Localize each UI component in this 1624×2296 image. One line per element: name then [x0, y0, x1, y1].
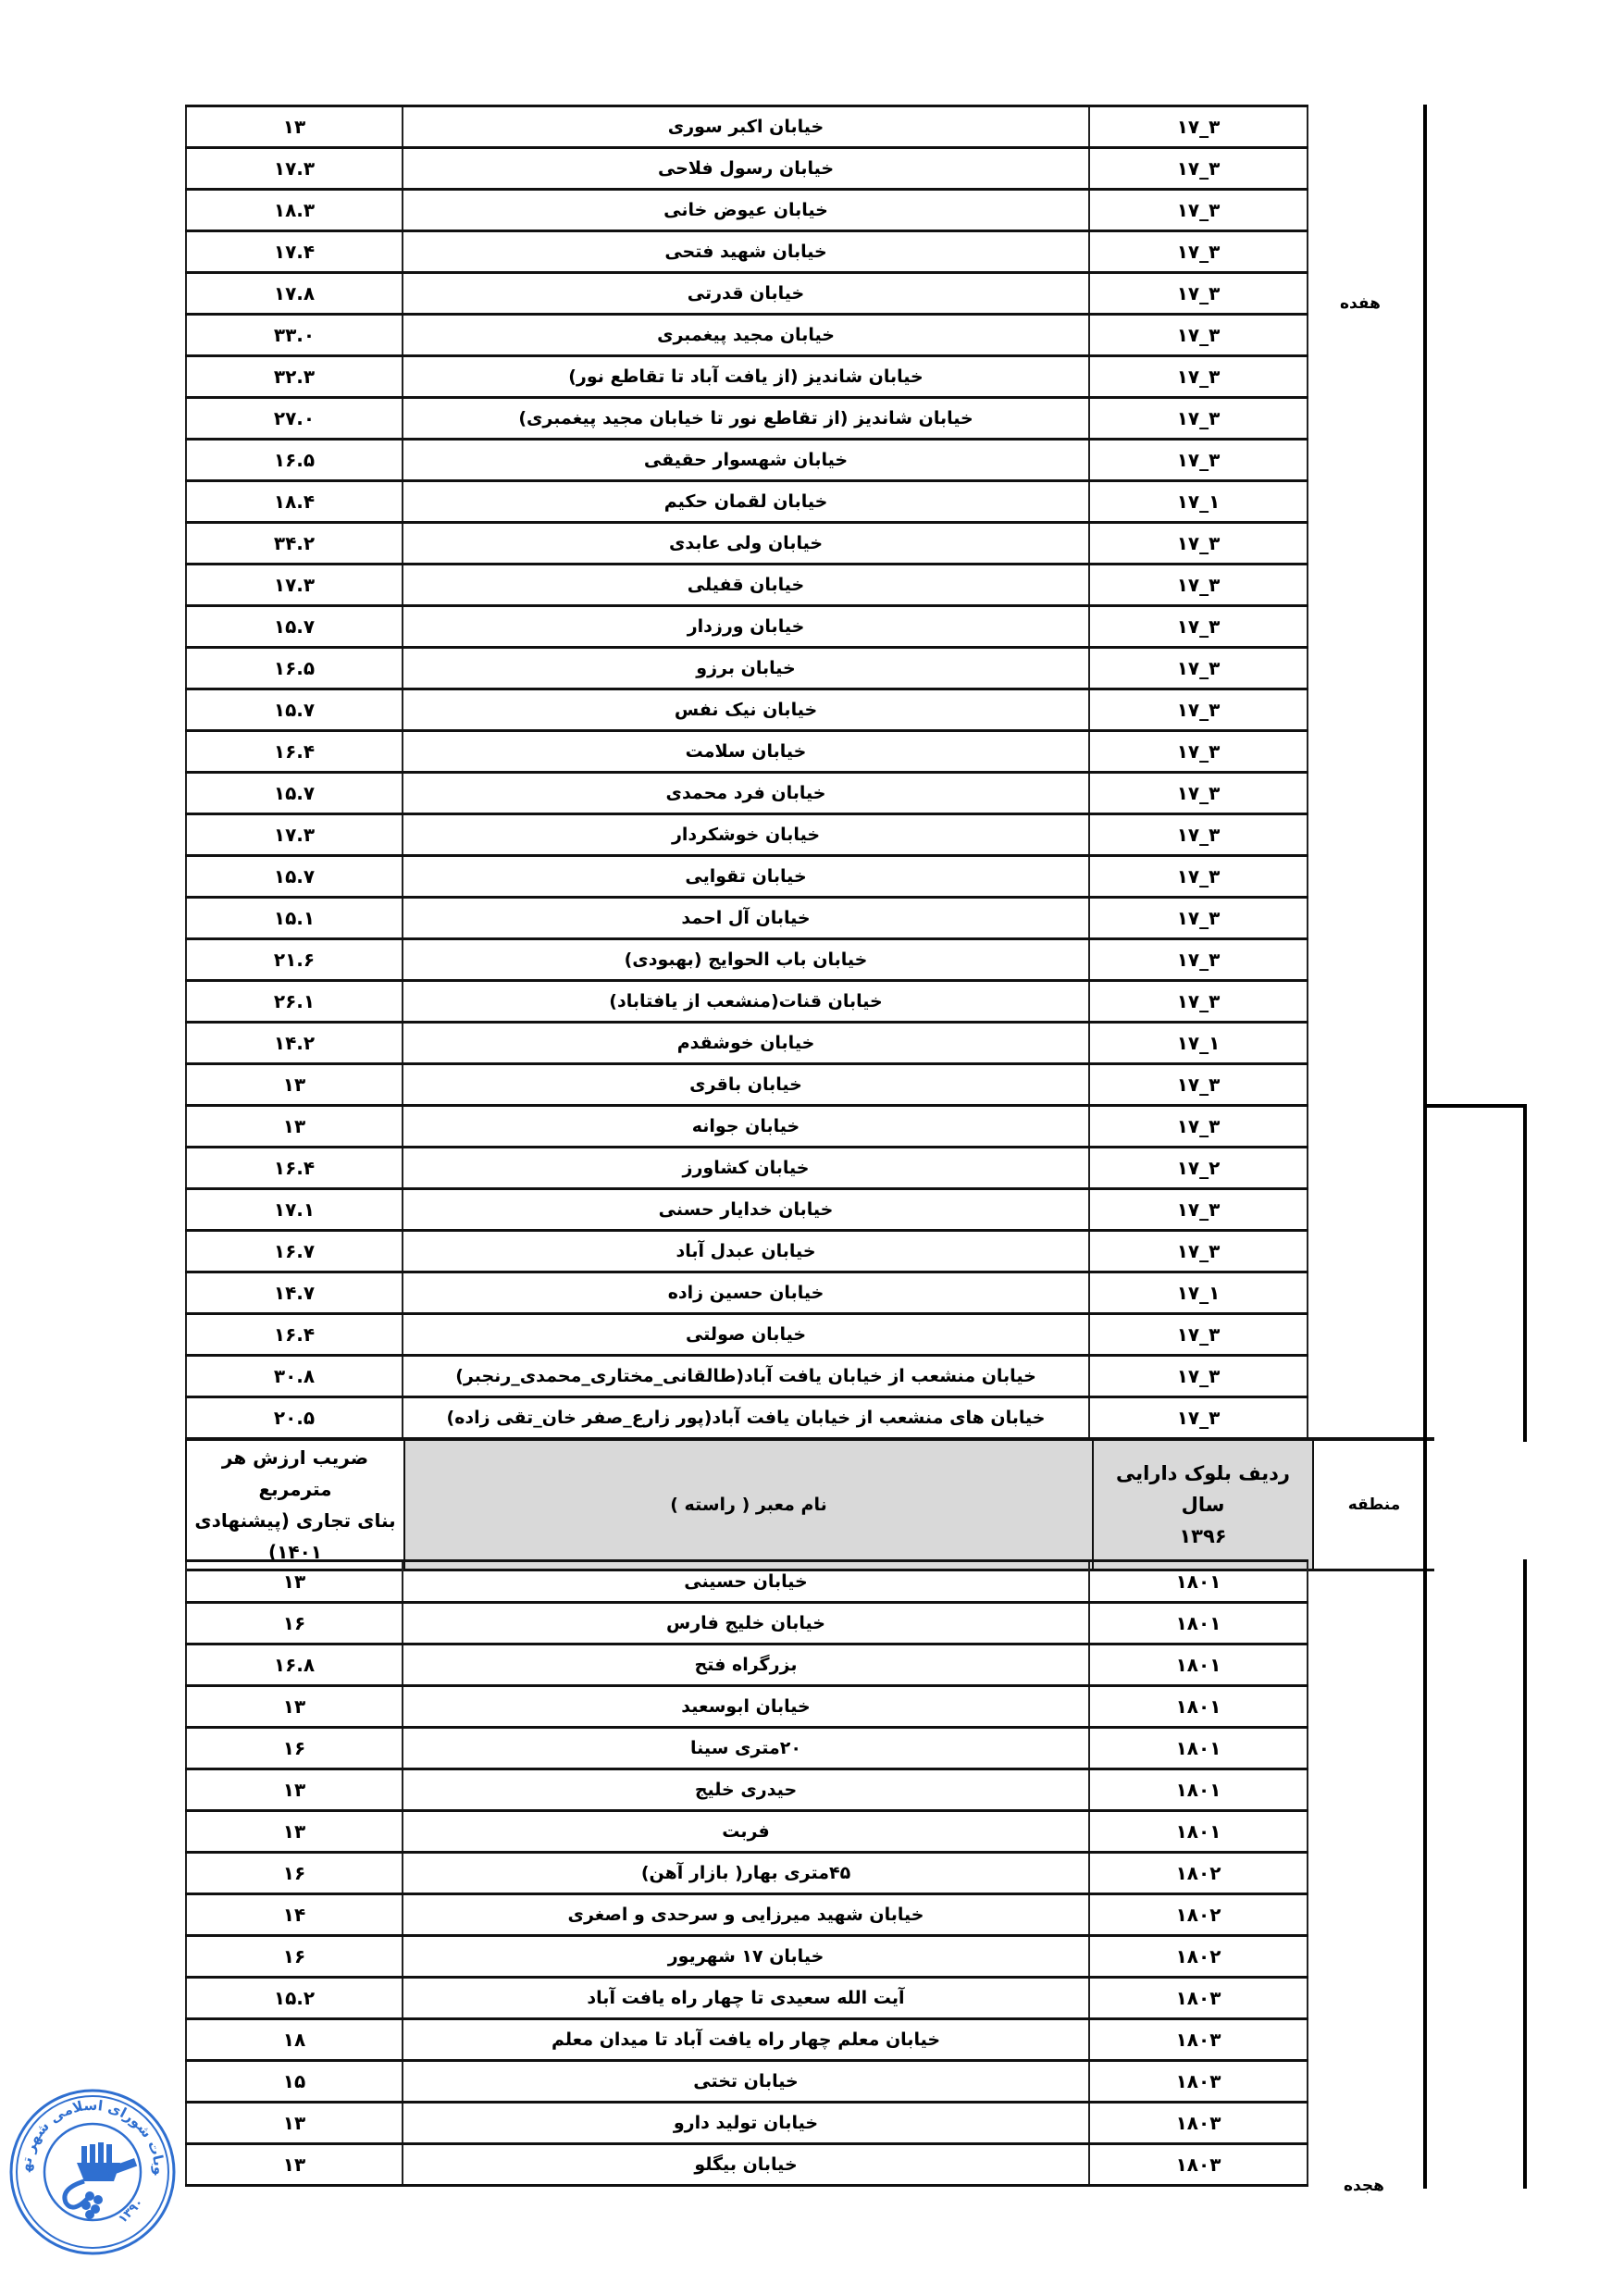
- street-name-cell: خیابان آل احمد: [403, 898, 1089, 939]
- value-cell: ۱۶.۵: [186, 648, 403, 689]
- block-code-cell: ۱۷_۳: [1089, 523, 1308, 565]
- block-code-cell: ۱۸۰۱: [1089, 1769, 1308, 1811]
- header-value-column: ضریب ارزش هر مترمربع بنای تجاری (پیشنهاد…: [186, 1439, 404, 1570]
- street-name-cell: خیابان قدرتی: [403, 273, 1089, 315]
- table-row: ۱۶.۴خیابان کشاورز۱۷_۲: [186, 1148, 1308, 1189]
- street-name-cell: خیابان تولید دارو: [403, 2103, 1089, 2144]
- value-cell: ۱۴.۲: [186, 1023, 403, 1064]
- table-row: ۱۴خیابان شهید میرزایی و سرحدی و اصغری۱۸۰…: [186, 1894, 1308, 1936]
- street-name-cell: خیابان شهید فتحی: [403, 231, 1089, 273]
- street-name-cell: خیابان تختی: [403, 2061, 1089, 2103]
- street-name-cell: آیت الله سعیدی تا چهار راه یافت آباد: [403, 1978, 1089, 2019]
- street-name-cell: حیدری خلیج: [403, 1769, 1089, 1811]
- block-code-cell: ۱۷_۳: [1089, 398, 1308, 440]
- block-code-cell: ۱۷_۳: [1089, 1106, 1308, 1148]
- table-row: ۱۶.۴خیابان صولتی۱۷_۳: [186, 1314, 1308, 1356]
- table-row: ۱۵.۷خیابان ورزدار۱۷_۳: [186, 606, 1308, 648]
- street-name-cell: خیابان منشعب از خیابان یافت آباد(طالقانی…: [403, 1356, 1089, 1397]
- table-row: ۳۴.۲خیابان ولی عابدی۱۷_۳: [186, 523, 1308, 565]
- block-code-cell: ۱۸۰۱: [1089, 1644, 1308, 1686]
- block-code-cell: ۱۸۰۲: [1089, 1936, 1308, 1978]
- value-cell: ۲۱.۶: [186, 939, 403, 981]
- street-name-cell: خیابان شاندیز (از یافت آباد تا تقاطع نور…: [403, 356, 1089, 398]
- table-row: ۱۵.۷خیابان نیک نفس۱۷_۳: [186, 689, 1308, 731]
- street-name-cell: خیابان شهید میرزایی و سرحدی و اصغری: [403, 1894, 1089, 1936]
- table-row: ۱۶خیابان ۱۷ شهریور۱۸۰۲: [186, 1936, 1308, 1978]
- block-code-cell: ۱۸۰۱: [1089, 1728, 1308, 1769]
- table-row: ۱۳حیدری خلیج۱۸۰۱: [186, 1769, 1308, 1811]
- value-cell: ۲۶.۱: [186, 981, 403, 1023]
- block-code-cell: ۱۷_۳: [1089, 1064, 1308, 1106]
- street-name-cell: خیابان قنات(منشعب از یافتاباد): [403, 981, 1089, 1023]
- street-name-cell: خیابان خدایار حسنی: [403, 1189, 1089, 1231]
- value-cell: ۱۸.۴: [186, 481, 403, 523]
- value-cell: ۳۲.۳: [186, 356, 403, 398]
- street-name-cell: بزرگراه فتح: [403, 1644, 1089, 1686]
- connector-line: [1425, 1104, 1527, 1108]
- value-cell: ۱۳: [186, 1811, 403, 1853]
- street-name-cell: خیابان خوشکردار: [403, 814, 1089, 856]
- block-code-cell: ۱۷_۳: [1089, 898, 1308, 939]
- street-name-cell: خیابان خوشقدم: [403, 1023, 1089, 1064]
- table-row: ۱۶۴۵متری بهار( بازار آهن)۱۸۰۲: [186, 1853, 1308, 1894]
- table-row: ۱۸.۳خیابان عیوض خانی۱۷_۳: [186, 190, 1308, 231]
- block-code-cell: ۱۷_۳: [1089, 273, 1308, 315]
- table-row: ۱۷.۳خیابان رسول فلاحی۱۷_۳: [186, 148, 1308, 190]
- street-name-cell: خیابان تقوایی: [403, 856, 1089, 898]
- table-row: ۲۱.۶خیابان باب الحوایج (بهبودی)۱۷_۳: [186, 939, 1308, 981]
- table-row: ۲۰.۵خیابان های منشعب از خیابان یافت آباد…: [186, 1397, 1308, 1439]
- block-code-cell: ۱۷_۳: [1089, 356, 1308, 398]
- value-cell: ۱۷.۳: [186, 814, 403, 856]
- block-code-cell: ۱۸۰۳: [1089, 2103, 1308, 2144]
- value-cell: ۱۵.۷: [186, 606, 403, 648]
- table-row: ۳۳.۰خیابان مجید پیغمبری۱۷_۳: [186, 315, 1308, 356]
- block-code-cell: ۱۸۰۳: [1089, 2144, 1308, 2186]
- block-code-cell: ۱۷_۳: [1089, 939, 1308, 981]
- block-code-cell: ۱۷_۳: [1089, 814, 1308, 856]
- value-cell: ۱۶.۷: [186, 1231, 403, 1272]
- table-row: ۱۸.۴خیابان لقمان حکیم۱۷_۱: [186, 481, 1308, 523]
- table-row: ۱۷.۳خیابان خوشکردار۱۷_۳: [186, 814, 1308, 856]
- street-name-cell: خیابان های منشعب از خیابان یافت آباد(پور…: [403, 1397, 1089, 1439]
- value-cell: ۱۳: [186, 1106, 403, 1148]
- outer-border-line-top: [1423, 105, 1427, 1439]
- table-row: ۱۳خیابان اکبر سوری۱۷_۳: [186, 106, 1308, 148]
- value-cell: ۱۳: [186, 2103, 403, 2144]
- table-row: ۱۵.۱خیابان آل احمد۱۷_۳: [186, 898, 1308, 939]
- block-code-cell: ۱۷_۳: [1089, 648, 1308, 689]
- table-row: ۱۶.۵خیابان برزو۱۷_۳: [186, 648, 1308, 689]
- value-cell: ۱۷.۳: [186, 148, 403, 190]
- table-row: ۱۷.۳خیابان قفیلی۱۷_۳: [186, 565, 1308, 606]
- value-cell: ۱۶.۸: [186, 1644, 403, 1686]
- value-cell: ۱۵.۷: [186, 773, 403, 814]
- table-row: ۲۶.۱خیابان قنات(منشعب از یافتاباد)۱۷_۳: [186, 981, 1308, 1023]
- official-stamp-icon: مصوبات شورای اسلامی شهر تهران ۱۳۹۰: [5, 2078, 180, 2267]
- table-row: ۲۷.۰خیابان شاندیز (از تقاطع نور تا خیابا…: [186, 398, 1308, 440]
- block-code-cell: ۱۸۰۳: [1089, 2019, 1308, 2061]
- street-name-cell: خیابان باب الحوایج (بهبودی): [403, 939, 1089, 981]
- street-name-cell: خیابان ۱۷ شهریور: [403, 1936, 1089, 1978]
- secondary-border-line-bottom: [1523, 1559, 1527, 2189]
- value-cell: ۱۷.۳: [186, 565, 403, 606]
- block-code-cell: ۱۷_۱: [1089, 1023, 1308, 1064]
- street-name-cell: خیابان رسول فلاحی: [403, 148, 1089, 190]
- value-cell: ۳۴.۲: [186, 523, 403, 565]
- block-code-cell: ۱۷_۳: [1089, 606, 1308, 648]
- street-name-cell: خیابان حسین زاده: [403, 1272, 1089, 1314]
- stamp-year: ۱۳۹۰: [116, 2196, 146, 2227]
- outer-border-line-bottom: [1423, 1439, 1427, 2189]
- street-name-cell: ۴۵متری بهار( بازار آهن): [403, 1853, 1089, 1894]
- block-code-cell: ۱۸۰۳: [1089, 1978, 1308, 2019]
- block-code-cell: ۱۷_۳: [1089, 1356, 1308, 1397]
- table-row: ۱۵.۲آیت الله سعیدی تا چهار راه یافت آباد…: [186, 1978, 1308, 2019]
- value-cell: ۱۶.۴: [186, 1148, 403, 1189]
- table-row: ۱۳خیابان حسینی۱۸۰۱: [186, 1561, 1308, 1603]
- street-name-cell: خیابان برزو: [403, 648, 1089, 689]
- street-name-cell: خیابان ورزدار: [403, 606, 1089, 648]
- street-name-cell: خیابان حسینی: [403, 1561, 1089, 1603]
- block-code-cell: ۱۸۰۳: [1089, 2061, 1308, 2103]
- header-block-line-1: ردیف بلوک دارایی سال: [1095, 1458, 1311, 1520]
- block-code-cell: ۱۷_۳: [1089, 106, 1308, 148]
- table-row: ۱۵.۷خیابان فرد محمدی۱۷_۳: [186, 773, 1308, 814]
- region-label-17: هفده: [1340, 294, 1381, 313]
- table-row: ۱۶۲۰متری سینا۱۸۰۱: [186, 1728, 1308, 1769]
- value-cell: ۱۳: [186, 1686, 403, 1728]
- street-name-cell: خیابان لقمان حکیم: [403, 481, 1089, 523]
- block-code-cell: ۱۷_۳: [1089, 1189, 1308, 1231]
- value-cell: ۱۶: [186, 1603, 403, 1644]
- block-code-cell: ۱۷_۳: [1089, 856, 1308, 898]
- value-cell: ۱۵.۷: [186, 856, 403, 898]
- table-row: ۱۶.۵خیابان شهسوار حقیقی۱۷_۳: [186, 440, 1308, 481]
- value-cell: ۱۳: [186, 1064, 403, 1106]
- block-code-cell: ۱۸۰۲: [1089, 1894, 1308, 1936]
- street-name-cell: خیابان قفیلی: [403, 565, 1089, 606]
- table-row: ۱۶.۷خیابان عبدل آباد۱۷_۳: [186, 1231, 1308, 1272]
- street-name-cell: خیابان عیوض خانی: [403, 190, 1089, 231]
- header-value-line-1: ضریب ارزش هر مترمربع: [188, 1442, 403, 1505]
- table-row: ۱۶خیابان خلیج فارس۱۸۰۱: [186, 1603, 1308, 1644]
- block-code-cell: ۱۷_۱: [1089, 481, 1308, 523]
- value-cell: ۱۵.۱: [186, 898, 403, 939]
- secondary-border-line-top: [1523, 1104, 1527, 1442]
- block-code-cell: ۱۷_۳: [1089, 1231, 1308, 1272]
- street-name-cell: خیابان سلامت: [403, 731, 1089, 773]
- table-row: ۱۵.۷خیابان تقوایی۱۷_۳: [186, 856, 1308, 898]
- table-row: ۱۸خیابان معلم چهار راه یافت آباد تا میدا…: [186, 2019, 1308, 2061]
- value-cell: ۱۸.۳: [186, 190, 403, 231]
- street-name-cell: خیابان شهسوار حقیقی: [403, 440, 1089, 481]
- value-cell: ۳۰.۸: [186, 1356, 403, 1397]
- block-code-cell: ۱۷_۳: [1089, 148, 1308, 190]
- block-code-cell: ۱۷_۳: [1089, 231, 1308, 273]
- street-name-cell: خیابان کشاورز: [403, 1148, 1089, 1189]
- block-code-cell: ۱۸۰۱: [1089, 1686, 1308, 1728]
- value-cell: ۱۷.۴: [186, 231, 403, 273]
- value-cell: ۱۳: [186, 2144, 403, 2186]
- value-cell: ۱۴: [186, 1894, 403, 1936]
- table-row: ۱۵خیابان تختی۱۸۰۳: [186, 2061, 1308, 2103]
- table-row: ۱۳خیابان جوانه۱۷_۳: [186, 1106, 1308, 1148]
- header-region-column: منطقه: [1313, 1439, 1434, 1570]
- value-cell: ۱۶: [186, 1728, 403, 1769]
- street-name-cell: خیابان خلیج فارس: [403, 1603, 1089, 1644]
- table-row: ۱۳خیابان تولید دارو۱۸۰۳: [186, 2103, 1308, 2144]
- table-row: ۱۴.۷خیابان حسین زاده۱۷_۱: [186, 1272, 1308, 1314]
- street-name-cell: خیابان مجید پیغمبری: [403, 315, 1089, 356]
- street-name-cell: فربت: [403, 1811, 1089, 1853]
- table-header-row: ضریب ارزش هر مترمربع بنای تجاری (پیشنهاد…: [185, 1437, 1434, 1571]
- value-cell: ۱۳: [186, 1561, 403, 1603]
- value-cell: ۱۶: [186, 1936, 403, 1978]
- value-cell: ۲۷.۰: [186, 398, 403, 440]
- table-row: ۳۲.۳خیابان شاندیز (از یافت آباد تا تقاطع…: [186, 356, 1308, 398]
- block-code-cell: ۱۸۰۲: [1089, 1853, 1308, 1894]
- street-name-cell: خیابان ابوسعید: [403, 1686, 1089, 1728]
- street-name-cell: خیابان باقری: [403, 1064, 1089, 1106]
- value-cell: ۱۸: [186, 2019, 403, 2061]
- value-cell: ۱۴.۷: [186, 1272, 403, 1314]
- block-code-cell: ۱۷_۳: [1089, 981, 1308, 1023]
- block-code-cell: ۱۷_۱: [1089, 1272, 1308, 1314]
- street-name-cell: خیابان معلم چهار راه یافت آباد تا میدان …: [403, 2019, 1089, 2061]
- street-name-cell: خیابان جوانه: [403, 1106, 1089, 1148]
- block-code-cell: ۱۷_۳: [1089, 773, 1308, 814]
- street-name-cell: ۲۰متری سینا: [403, 1728, 1089, 1769]
- value-cell: ۲۰.۵: [186, 1397, 403, 1439]
- street-name-cell: خیابان فرد محمدی: [403, 773, 1089, 814]
- block-code-cell: ۱۷_۳: [1089, 315, 1308, 356]
- value-cell: ۱۶: [186, 1853, 403, 1894]
- street-name-cell: خیابان اکبر سوری: [403, 106, 1089, 148]
- block-code-cell: ۱۷_۳: [1089, 1314, 1308, 1356]
- block-code-cell: ۱۸۰۱: [1089, 1603, 1308, 1644]
- header-name-column: نام معبر ( راسته ): [404, 1439, 1093, 1570]
- value-cell: ۱۷.۱: [186, 1189, 403, 1231]
- value-cell: ۱۶.۴: [186, 731, 403, 773]
- value-cell: ۱۶.۴: [186, 1314, 403, 1356]
- block-code-cell: ۱۷_۳: [1089, 565, 1308, 606]
- value-cell: ۱۷.۸: [186, 273, 403, 315]
- value-cell: ۳۳.۰: [186, 315, 403, 356]
- table-row: ۱۷.۴خیابان شهید فتحی۱۷_۳: [186, 231, 1308, 273]
- region-17-table: ۱۳خیابان اکبر سوری۱۷_۳۱۷.۳خیابان رسول فل…: [185, 105, 1308, 1440]
- value-cell: ۱۶.۵: [186, 440, 403, 481]
- table-row: ۱۴.۲خیابان خوشقدم۱۷_۱: [186, 1023, 1308, 1064]
- street-name-cell: خیابان صولتی: [403, 1314, 1089, 1356]
- table-row: ۱۶.۴خیابان سلامت۱۷_۳: [186, 731, 1308, 773]
- block-code-cell: ۱۷_۳: [1089, 440, 1308, 481]
- table-row: ۳۰.۸خیابان منشعب از خیابان یافت آباد(طال…: [186, 1356, 1308, 1397]
- block-code-cell: ۱۷_۳: [1089, 190, 1308, 231]
- value-cell: ۱۳: [186, 1769, 403, 1811]
- table-row: ۱۷.۱خیابان خدایار حسنی۱۷_۳: [186, 1189, 1308, 1231]
- table-row: ۱۳خیابان باقری۱۷_۳: [186, 1064, 1308, 1106]
- table-row: ۱۳فربت۱۸۰۱: [186, 1811, 1308, 1853]
- block-code-cell: ۱۷_۳: [1089, 731, 1308, 773]
- table-row: ۱۳خیابان ابوسعید۱۸۰۱: [186, 1686, 1308, 1728]
- document-page: ۱۳خیابان اکبر سوری۱۷_۳۱۷.۳خیابان رسول فل…: [0, 0, 1624, 2296]
- table-row: ۱۷.۸خیابان قدرتی۱۷_۳: [186, 273, 1308, 315]
- header-block-column: ردیف بلوک دارایی سال ۱۳۹۶: [1093, 1439, 1313, 1570]
- street-name-cell: خیابان بیگلو: [403, 2144, 1089, 2186]
- header-block-line-2: ۱۳۹۶: [1095, 1520, 1311, 1552]
- street-name-cell: خیابان عبدل آباد: [403, 1231, 1089, 1272]
- value-cell: ۱۵.۲: [186, 1978, 403, 2019]
- block-code-cell: ۱۸۰۱: [1089, 1811, 1308, 1853]
- header-value-line-2: بنای تجاری (پیشنهادی: [188, 1505, 403, 1536]
- street-name-cell: خیابان شاندیز (از تقاطع نور تا خیابان مج…: [403, 398, 1089, 440]
- block-code-cell: ۱۷_۳: [1089, 1397, 1308, 1439]
- value-cell: ۱۳: [186, 106, 403, 148]
- street-name-cell: خیابان ولی عابدی: [403, 523, 1089, 565]
- region-18-table: ۱۳خیابان حسینی۱۸۰۱۱۶خیابان خلیج فارس۱۸۰۱…: [185, 1559, 1308, 2187]
- street-name-cell: خیابان نیک نفس: [403, 689, 1089, 731]
- value-cell: ۱۵.۷: [186, 689, 403, 731]
- block-code-cell: ۱۸۰۱: [1089, 1561, 1308, 1603]
- table-row: ۱۶.۸بزرگراه فتح۱۸۰۱: [186, 1644, 1308, 1686]
- block-code-cell: ۱۷_۲: [1089, 1148, 1308, 1189]
- value-cell: ۱۵: [186, 2061, 403, 2103]
- region-label-18: هجده: [1344, 2177, 1384, 2195]
- block-code-cell: ۱۷_۳: [1089, 689, 1308, 731]
- table-row: ۱۳خیابان بیگلو۱۸۰۳: [186, 2144, 1308, 2186]
